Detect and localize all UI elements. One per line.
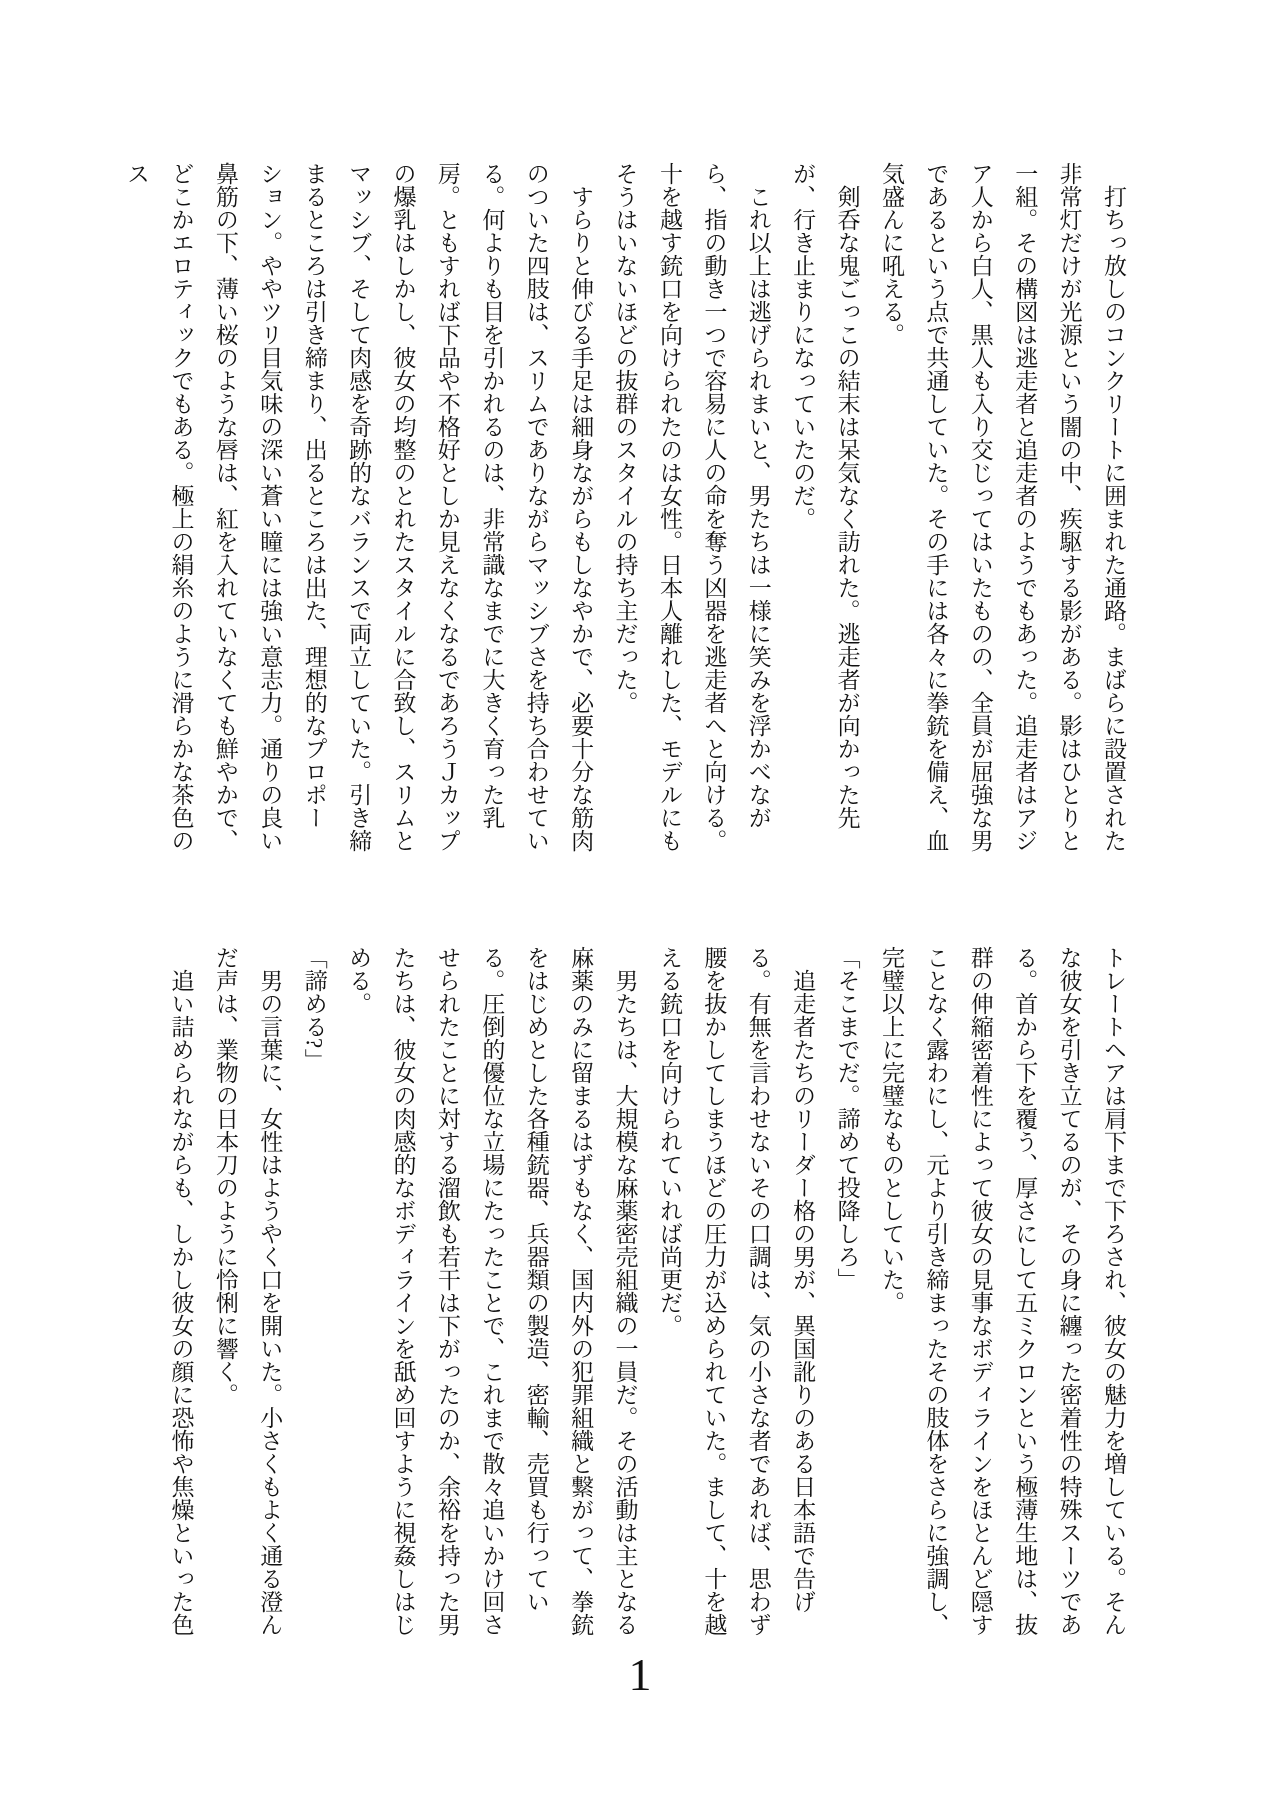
paragraph: 「諦める?」 — [291, 946, 335, 1636]
paragraph: 男の言葉に、女性はようやく口を開いた。小さくもよく通る澄んだ声は、業物の日本刀の… — [202, 946, 291, 1636]
paragraph: 追い詰められながらも、しかし彼女の顔に恐怖や焦燥といった色 — [158, 946, 202, 1636]
text-tier-top: 打ちっ放しのコンクリートに囲まれた通路。まばらに設置された非常灯だけが光源という… — [150, 162, 1135, 852]
paragraph: 打ちっ放しのコンクリートに囲まれた通路。まばらに設置された非常灯だけが光源という… — [869, 162, 1135, 852]
novel-page: 打ちっ放しのコンクリートに囲まれた通路。まばらに設置された非常灯だけが光源という… — [0, 0, 1280, 1807]
paragraph: 追走者たちのリーダー格の男が、異国訛りのある日本語で告げる。有無を言わせないその… — [647, 946, 825, 1636]
paragraph: 「そこまでだ。諦めて投降しろ」 — [824, 946, 868, 1636]
paragraph: トレートヘアは肩下まで下ろされ、彼女の魅力を増している。そんな彼女を引き立てるの… — [869, 946, 1135, 1636]
paragraph: 男たちは、大規模な麻薬密売組織の一員だ。その活動は主となる麻薬のみに留まるはずも… — [336, 946, 647, 1636]
paragraph: 剣呑な鬼ごっこの結末は呆気なく訪れた。逃走者が向かった先が、行き止まりになってい… — [780, 162, 869, 852]
page-number: 1 — [0, 1652, 1280, 1698]
paragraph: すらりと伸びる手足は細身ながらもしなやかで、必要十分な筋肉のついた四肢は、スリム… — [114, 162, 602, 852]
text-tier-bottom: トレートヘアは肩下まで下ろされ、彼女の魅力を増している。そんな彼女を引き立てるの… — [150, 946, 1135, 1636]
paragraph: これ以上は逃げられまいと、男たちは一様に笑みを浮かべながら、指の動き一つで容易に… — [602, 162, 780, 852]
